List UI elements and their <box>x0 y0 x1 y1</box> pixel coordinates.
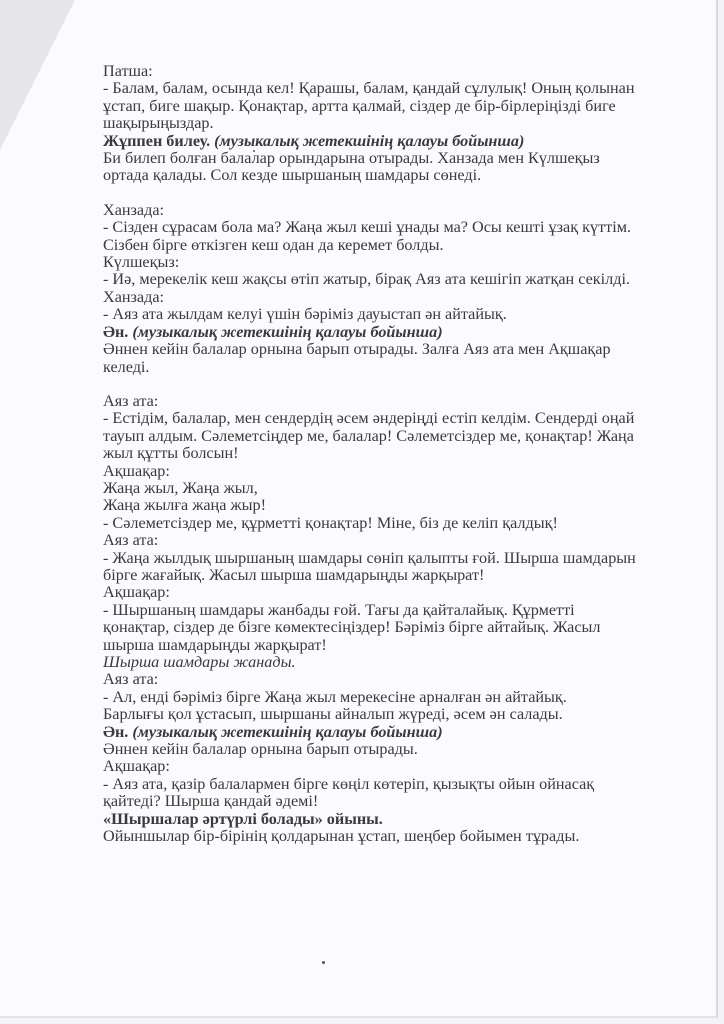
text-line: қайтеді? Шырша қандай әдемі! <box>103 793 703 810</box>
scanned-page: Патша:- Балам, балам, осында кел! Қарашы… <box>0 0 718 1018</box>
text-line: жыл құтты болсын! <box>103 445 703 462</box>
text-line: - Сәлеметсіздер ме, құрметті қонақтар! М… <box>103 515 703 532</box>
text-line: - Шыршаның шамдары жанбады ғой. Тағы да … <box>103 602 703 619</box>
text-line: шырша шамдарыңды жарқырат! <box>103 637 703 654</box>
stage-direction: Шырша шамдары жанады. <box>103 654 703 671</box>
text-line: - Аяз ата жылдам келуі үшін бәріміз дауы… <box>103 306 703 323</box>
text-line: тауып алдым. Сәлеметсіңдер ме, балалар! … <box>103 428 703 445</box>
speaker-label: Аяз ата: <box>103 532 703 549</box>
heading-note: (музыкалық жетекшінің қалауы бойынша) <box>128 323 442 341</box>
speaker-label: Ханзада: <box>103 289 703 306</box>
text-line: Жаңа жыл, Жаңа жыл, <box>103 480 703 497</box>
section-heading: Ән. (музыкалық жетекшінің қалауы бойынша… <box>103 724 703 741</box>
text-line: - Ал, енді бәріміз бірге Жаңа жыл мереке… <box>103 689 703 706</box>
text-line: Барлығы қол ұстасып, шыршаны айналып жүр… <box>103 706 703 723</box>
text-line: келеді. <box>103 359 703 376</box>
text-line: Жаңа жылға жаңа жыр! <box>103 497 703 514</box>
page-fold-corner <box>0 0 75 150</box>
text-line: қонақтар, сіздер де бізге көмектесіңізде… <box>103 619 703 636</box>
text-line: - Аяз ата, қазір балалармен бірге көңіл … <box>103 776 703 793</box>
speaker-label: Аяз ата: <box>103 671 703 688</box>
text-line: - Сізден сұрасам бола ма? Жаңа жыл кеші … <box>103 219 703 236</box>
speaker-label: Ақшақар: <box>103 758 703 775</box>
text-line: Әннен кейін балалар орнына барып отырады… <box>103 741 703 758</box>
paragraph-gap <box>103 185 703 202</box>
heading-note: (музыкалық жетекшінің қалауы бойынша) <box>210 132 524 150</box>
heading-title: Ән. <box>103 323 128 341</box>
text-line: - Балам, балам, осында кел! Қарашы, бала… <box>103 80 703 97</box>
paragraph-gap <box>103 376 703 393</box>
scan-speck <box>253 150 255 152</box>
heading-note: (музыкалық жетекшінің қалауы бойынша) <box>128 723 442 741</box>
text-line: шақырыңыздар. <box>103 115 703 132</box>
text-line: ортада қалады. Сол кезде шыршаның шамдар… <box>103 167 703 184</box>
speaker-label: Күлшеқыз: <box>103 254 703 271</box>
speaker-label: Ақшақар: <box>103 584 703 601</box>
speaker-label: Аяз ата: <box>103 393 703 410</box>
text-line: - Естідім, балалар, мен сендердің әсем ә… <box>103 410 703 427</box>
speaker-label: Ханзада: <box>103 202 703 219</box>
game-title: «Шыршалар әртүрлі болады» ойыны. <box>103 811 703 828</box>
text-line: ұстап, биге шақыр. Қонақтар, артта қалма… <box>103 98 703 115</box>
section-heading: Жұппен билеу. (музыкалық жетекшінің қала… <box>103 133 703 150</box>
text-line: - Иә, мерекелік кеш жақсы өтіп жатыр, бі… <box>103 271 703 288</box>
text-line: Сізбен бірге өткізген кеш одан да кереме… <box>103 237 703 254</box>
section-heading: Ән. (музыкалық жетекшінің қалауы бойынша… <box>103 324 703 341</box>
text-line: Ойыншылар бір-бірінің қолдарынан ұстап, … <box>103 828 703 845</box>
text-line: Би билеп болған балалар орындарына отыра… <box>103 150 703 167</box>
heading-title: Ән. <box>103 723 128 741</box>
text-line: бірге жағайық. Жасыл шырша шамдарыңды жа… <box>103 567 703 584</box>
heading-title: Жұппен билеу. <box>103 132 210 150</box>
text-line: Әннен кейін балалар орнына барып отырады… <box>103 341 703 358</box>
speaker-label: Ақшақар: <box>103 463 703 480</box>
document-body: Патша:- Балам, балам, осында кел! Қарашы… <box>103 63 703 845</box>
scan-speck <box>322 961 325 964</box>
text-line: - Жаңа жылдық шыршаның шамдары сөніп қал… <box>103 550 703 567</box>
speaker-label: Патша: <box>103 63 703 80</box>
